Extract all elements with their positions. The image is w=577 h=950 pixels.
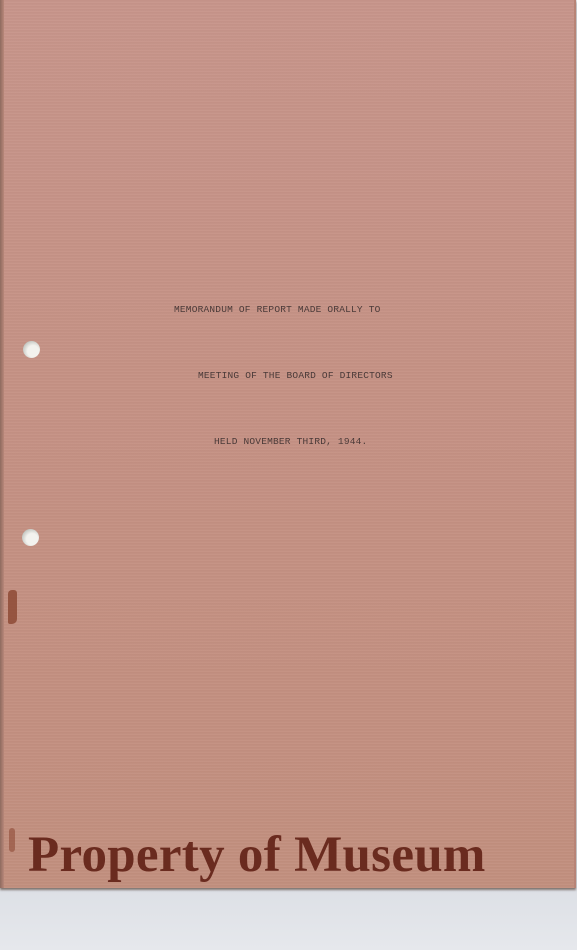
rust-stain	[8, 590, 17, 624]
document-page: MEMORANDUM OF REPORT MADE ORALLY TO MEET…	[0, 0, 576, 888]
scanner-background	[0, 890, 577, 950]
memo-line-3: HELD NOVEMBER THIRD, 1944.	[160, 431, 410, 453]
punch-hole-icon	[22, 529, 39, 546]
memo-title-block: MEMORANDUM OF REPORT MADE ORALLY TO MEET…	[160, 255, 410, 497]
museum-watermark: Property of Museum	[28, 830, 486, 881]
rust-stain	[9, 828, 15, 852]
punch-hole-icon	[23, 341, 40, 358]
page-left-edge	[0, 0, 4, 888]
memo-line-1: MEMORANDUM OF REPORT MADE ORALLY TO	[160, 299, 410, 321]
memo-line-2: MEETING OF THE BOARD OF DIRECTORS	[160, 365, 410, 387]
